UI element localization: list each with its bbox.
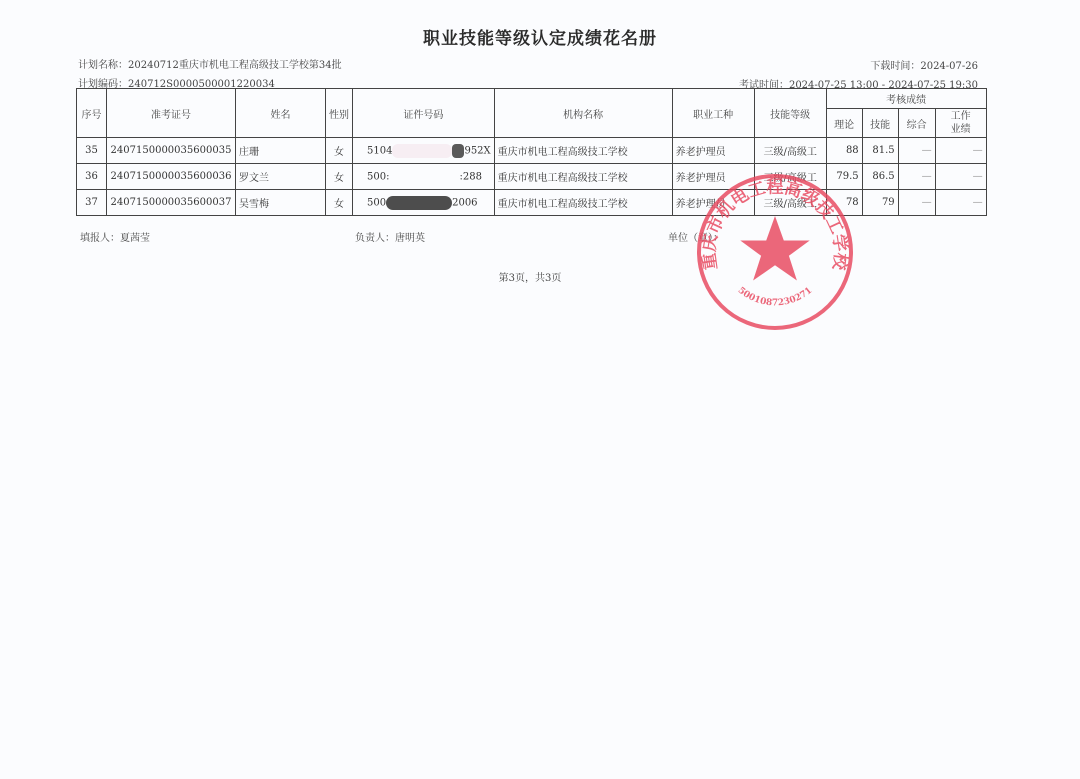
cell-occupation: 养老护理员 bbox=[672, 138, 754, 164]
seal-code: 5001087230271 bbox=[736, 286, 815, 309]
id-prefix: 5104 bbox=[367, 145, 392, 156]
cell-comprehensive: — bbox=[898, 164, 935, 190]
page-info: 第3页，共3页 bbox=[0, 269, 1060, 284]
header-work-perf-line2: 业绩 bbox=[951, 124, 971, 135]
filler: 填报人：夏茜莹 bbox=[80, 229, 150, 244]
cell-work-performance: — bbox=[935, 138, 986, 164]
filler-label: 填报人： bbox=[80, 233, 120, 244]
cell-name: 吴雪梅 bbox=[236, 190, 326, 216]
id-suffix: 2006 bbox=[452, 197, 477, 208]
download-time: 下载时间：2024-07-26 bbox=[870, 57, 978, 72]
cell-comprehensive: — bbox=[898, 190, 935, 216]
header-institution: 机构名称 bbox=[494, 89, 672, 138]
cell-gender: 女 bbox=[326, 164, 353, 190]
header-comprehensive: 综合 bbox=[898, 109, 935, 138]
cell-seq: 36 bbox=[77, 164, 107, 190]
header-occupation: 职业工种 bbox=[672, 89, 754, 138]
filler-value: 夏茜莹 bbox=[120, 233, 150, 244]
header-gender: 性别 bbox=[326, 89, 353, 138]
id-prefix: 500: bbox=[367, 171, 389, 182]
redaction-mark bbox=[386, 196, 452, 210]
cell-skill: 79 bbox=[862, 190, 898, 216]
download-time-label: 下载时间： bbox=[870, 61, 920, 72]
table-row: 35 2407150000035600035 庄珊 女 5104952X 重庆市… bbox=[77, 138, 987, 164]
cell-name: 庄珊 bbox=[236, 138, 326, 164]
cell-institution: 重庆市机电工程高级技工学校 bbox=[494, 190, 672, 216]
cell-work-performance: — bbox=[935, 190, 986, 216]
redaction-mark bbox=[452, 144, 464, 158]
official-seal-stamp: 重庆市机电工程高级技工学校 5001087230271 bbox=[695, 172, 855, 332]
manager-label: 负责人： bbox=[355, 233, 395, 244]
id-suffix: :288 bbox=[459, 171, 481, 182]
plan-name-label: 计划名称： bbox=[78, 60, 128, 71]
manager: 负责人：唐明英 bbox=[355, 229, 425, 244]
plan-name: 计划名称：20240712重庆市机电工程高级技工学校第34批 bbox=[78, 56, 342, 71]
header-skill: 技能 bbox=[862, 109, 898, 138]
header-scores-group: 考核成绩 bbox=[826, 89, 986, 109]
header-ticket: 准考证号 bbox=[107, 89, 236, 138]
cell-seq: 35 bbox=[77, 138, 107, 164]
header-work-performance: 工作 业绩 bbox=[935, 109, 986, 138]
header-seq: 序号 bbox=[77, 89, 107, 138]
cell-ticket: 2407150000035600035 bbox=[107, 138, 236, 164]
cell-comprehensive: — bbox=[898, 138, 935, 164]
download-time-value: 2024-07-26 bbox=[920, 61, 978, 72]
manager-value: 唐明英 bbox=[395, 233, 425, 244]
header-name: 姓名 bbox=[236, 89, 326, 138]
header-id-number: 证件号码 bbox=[353, 89, 495, 138]
cell-gender: 女 bbox=[326, 190, 353, 216]
header-skill-level: 技能等级 bbox=[754, 89, 826, 138]
cell-skill: 86.5 bbox=[862, 164, 898, 190]
seal-star-icon bbox=[740, 216, 809, 281]
cell-id-number: 5002006 bbox=[353, 190, 495, 216]
cell-institution: 重庆市机电工程高级技工学校 bbox=[494, 164, 672, 190]
cell-theory: 88 bbox=[826, 138, 862, 164]
id-suffix: 952X bbox=[464, 145, 490, 156]
header-row: 序号 准考证号 姓名 性别 证件号码 机构名称 职业工种 技能等级 考核成绩 bbox=[77, 89, 987, 109]
cell-gender: 女 bbox=[326, 138, 353, 164]
cell-institution: 重庆市机电工程高级技工学校 bbox=[494, 138, 672, 164]
page-title: 职业技能等级认定成绩花名册 bbox=[0, 24, 1080, 49]
header-theory: 理论 bbox=[826, 109, 862, 138]
plan-name-value: 20240712重庆市机电工程高级技工学校第34批 bbox=[128, 60, 342, 71]
cell-ticket: 2407150000035600036 bbox=[107, 164, 236, 190]
cell-seq: 37 bbox=[77, 190, 107, 216]
cell-id-number: 5104952X bbox=[353, 138, 495, 164]
header-work-perf-line1: 工作 bbox=[951, 111, 971, 122]
cell-skill: 81.5 bbox=[862, 138, 898, 164]
cell-id-number: 500::288 bbox=[353, 164, 495, 190]
cell-skill-level: 三级/高级工 bbox=[754, 138, 826, 164]
id-prefix: 500 bbox=[367, 197, 386, 208]
redaction-mark bbox=[389, 170, 459, 184]
cell-work-performance: — bbox=[935, 164, 986, 190]
cell-ticket: 2407150000035600037 bbox=[107, 190, 236, 216]
cell-name: 罗文兰 bbox=[236, 164, 326, 190]
redaction-mark bbox=[392, 144, 452, 158]
